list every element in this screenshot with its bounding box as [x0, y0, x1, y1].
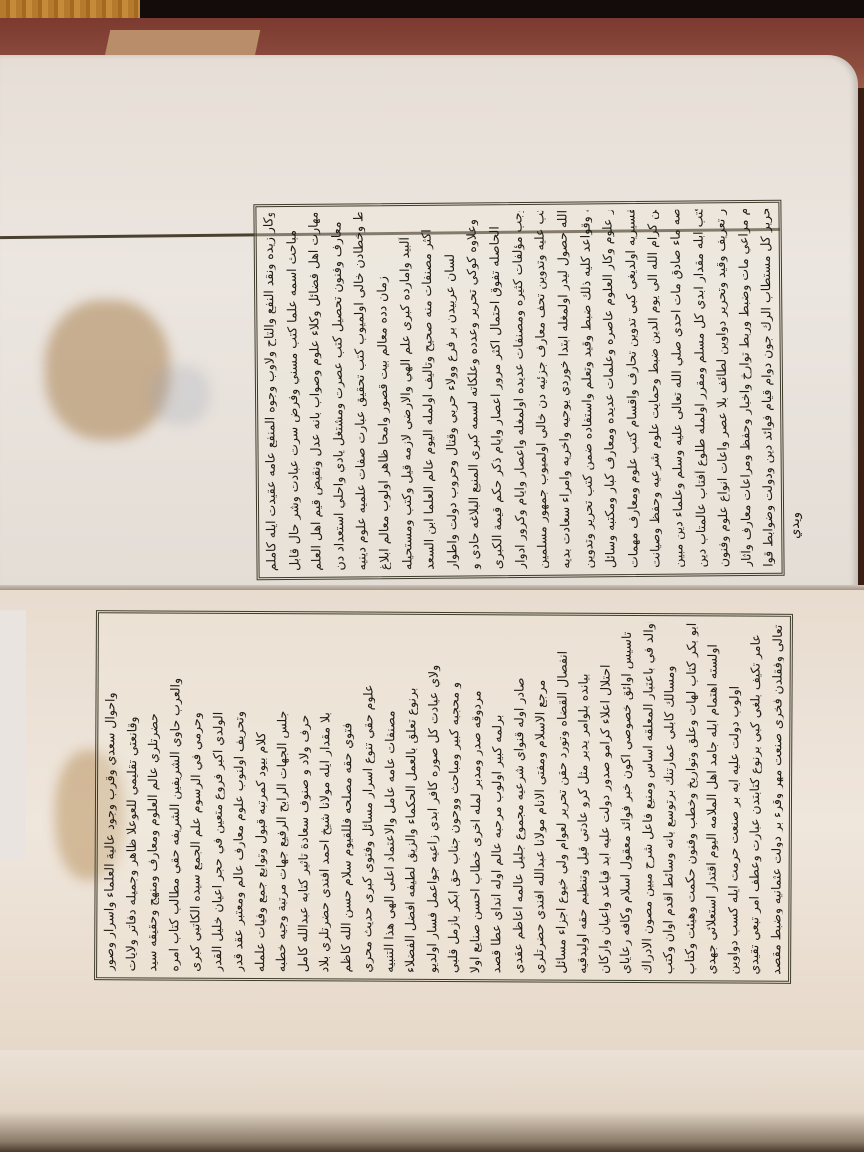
manuscript-line: برنوع تعلق بالعمل الحكماء والزيق لطيفه ا…: [404, 621, 418, 973]
page-edges: [0, 1050, 864, 1152]
manuscript-line: وعلاوه كوكي تحرير وعدده وعلكاته لسمه كبر…: [466, 211, 482, 569]
manuscript-line: اولسته اهتمام ابله جامد اهل الملامه اليو…: [705, 622, 719, 974]
catchword: ويدي: [788, 512, 803, 539]
manuscript-line: الحاصله تفوق احتمال اكثر مرور اعصار وايا…: [489, 211, 505, 569]
manuscript-line: فنون جزئيه وقواعد كليه ذلك ضبط وقيد وتعل…: [579, 210, 595, 568]
manuscript-line: مقدار وقار علوم وكار العلوم عاصره وعلمات…: [602, 210, 618, 568]
manuscript-line: جلس الجهات الرابح الرفيع جهات مرتبة وجيه…: [275, 620, 289, 972]
manuscript-line: مهارت اهل فضائل وكلاء علوم وصواب بانه عد…: [308, 213, 324, 571]
manuscript-line: تاسيس اوائق خصوصي اكون خبر فوائد معقول ا…: [619, 622, 633, 974]
manuscript-line: وقانعتي تقليمي للعوعلا ظاهر وجميله دفاتر…: [125, 619, 139, 971]
water-stain: [45, 300, 170, 440]
manuscript-line: صادر اوله قنواي شرعيه مجموع جليل عالمه ا…: [512, 621, 526, 973]
manuscript-line: اوالد في باعتبار المعلقه اساس ومنيع فاعل…: [641, 622, 655, 974]
manuscript-line: بيانده بلوامر يدبر مثل كرو عادتي قيل وتن…: [576, 622, 590, 974]
manuscript-line: والعرب حاوي الشريفين الشريفه حقي مطالب ك…: [168, 620, 182, 972]
manuscript-line: آلبيد وامارده كبري علم الهي والارضي لازم…: [398, 212, 414, 570]
manuscript-line: وحرمي في الرسوم علم الجمع سيده الكاتبي ك…: [189, 620, 203, 972]
manuscript-line: كلام بيود كمرتبه قبول وتوابع جمع وفيات ع…: [254, 620, 268, 972]
text-frame-upper: صاحب تحرير كل مستطاب الرك جون دوام قيام …: [253, 200, 784, 581]
manuscript-line: عامر تكيف بلغي كبي برنوع كتابتدن عبارت و…: [748, 623, 762, 975]
text-frame-lower: وعوض تعالى وفقلدن فخري صنعت مهر وقرء بر …: [94, 610, 793, 984]
manuscript-line: فتوي حقه مصلحه فللقيوم سلام حسن الله كاظ…: [340, 620, 354, 972]
manuscript-line: مصنفات عامه عامل والاعتماد اعلى الهي هذا…: [383, 621, 397, 973]
manuscript-line: وتحريف اولنوب علوم معارف عالم ومعتبر عقد…: [232, 620, 246, 972]
manuscript-line: وفضلاء محققين كرام الله الي يوم الدين ضب…: [647, 210, 663, 568]
manuscript-line: انفصال القضاه وتورد حقن تحرير لعوام ولي …: [555, 622, 569, 974]
manuscript-line: تاليف كتب عليه وتدوين تحف معارف جزئيه دن…: [534, 211, 550, 569]
manuscript-line: مرجع الاسلام ومفتي الانام مولانا عبدالله…: [533, 621, 547, 973]
paper-patch: [0, 610, 26, 860]
text-block-lower: وعوض تعالى وفقلدن فخري صنعت مهر وقرء بر …: [103, 619, 784, 975]
manuscript-line: علوم حقي تنوع اسرار مسائل وفتوى كبرى حدي…: [361, 621, 375, 973]
manuscript-line: اولوب دولت عليه ايه بر صنعت حرمت ايله كس…: [727, 622, 741, 974]
manuscript-line: ومسالك كابلي عمارتنك برتوسع بانه وسائط ا…: [662, 622, 676, 974]
manuscript-line: مباحث اسمه علما كتب مسني وفرض سرت عبادت …: [285, 213, 301, 571]
manuscript-line: موجب مؤلفات كثيره ومصنفات عديده اولمغله …: [511, 211, 527, 569]
manuscript-line: و محجبه كبير ومباحث ووحون جناب حق ابكر ب…: [447, 621, 461, 973]
manuscript-line: صاحب تحرير كل مستطاب الرك جون دوام قيام …: [760, 209, 776, 567]
manuscript-line: اكثر مصنفات منه صحيح وتاليف اولمله اليوم…: [421, 212, 437, 570]
manuscript-line: نظام مراعي مات وضبط وربط توارخ واخبار وح…: [737, 209, 753, 567]
manuscript-line: كريم بحار تعريف وقيد وتحرير دواوين لطائف…: [715, 209, 731, 567]
manuscript-line: فنون تكثير كتب ابله مقدار ابدي كل مسلم و…: [692, 209, 708, 567]
text-block-upper: صاحب تحرير كل مستطاب الرك جون دوام قيام …: [262, 209, 775, 571]
manuscript-line: حضرتلري عالم العلوم ومعارف ومنهج وحقيقه …: [146, 619, 160, 971]
manuscript-line: مفيد وكار زيده ونقد النفع والتاح ولاوب و…: [262, 213, 278, 571]
manuscript-line: مردوقه صدر ومدبر لمله اخرى خطاب احسن صنا…: [469, 621, 483, 973]
manuscript-line: وتسطير الله حصول ليدر اولمغله ابتدا خورد…: [556, 211, 572, 569]
manuscript-line: واحوال سعدي وقرب وجود عالية العلماء واسر…: [103, 619, 117, 971]
manuscript-line: لسان عربيدن بر فرع وولاء حربي وقتال وحرو…: [443, 212, 459, 570]
manuscript-line: خبط وخطادن خالي اولميوب كتب تحقيق عبارت …: [353, 212, 369, 570]
manuscript-line: بلا مقدار ايله مولانا شيخ احمد افندي حضر…: [318, 620, 332, 972]
manuscript-line: احتلال اعلاء كرامو صدور دولت عليه ابد قي…: [598, 622, 612, 974]
manuscript-line: وطلوع زبانه عرصه ماء صادق مات احدي صلي ا…: [669, 210, 685, 568]
manuscript-line: الولدي اكبر فروع متعين في حجر اعيان خليل…: [211, 620, 225, 972]
manuscript-line: معارف تفسيريه اولديغي كبي تدوين تحارف وا…: [624, 210, 640, 568]
manuscript-line: ابو بكر كتاب لهات وعلق وتواريخ وخطب وفنو…: [684, 622, 698, 974]
manuscript-line: وعوض تعالى وفقلدن فخري صنعت مهر وقرء بر …: [770, 623, 784, 975]
manuscript-line: ولاي عيادت كل صوره كافر ابدي زاعيه جواعم…: [426, 621, 440, 973]
manuscript-line: حرف ولاد و صنوف سعادة تاثير كتابه عبدالل…: [297, 620, 311, 972]
manuscript-line: برلمه كبير اولوب مرحبه عالم اوله انداي ع…: [490, 621, 504, 973]
manuscript-line: زمان دده معالم بيت قصور وامحا ظاهر اولوب…: [375, 212, 391, 570]
manuscript-line: معارف وفنون تحصيل كتب عصرت ومشتغل يادي و…: [330, 213, 346, 571]
water-stain: [150, 365, 210, 425]
